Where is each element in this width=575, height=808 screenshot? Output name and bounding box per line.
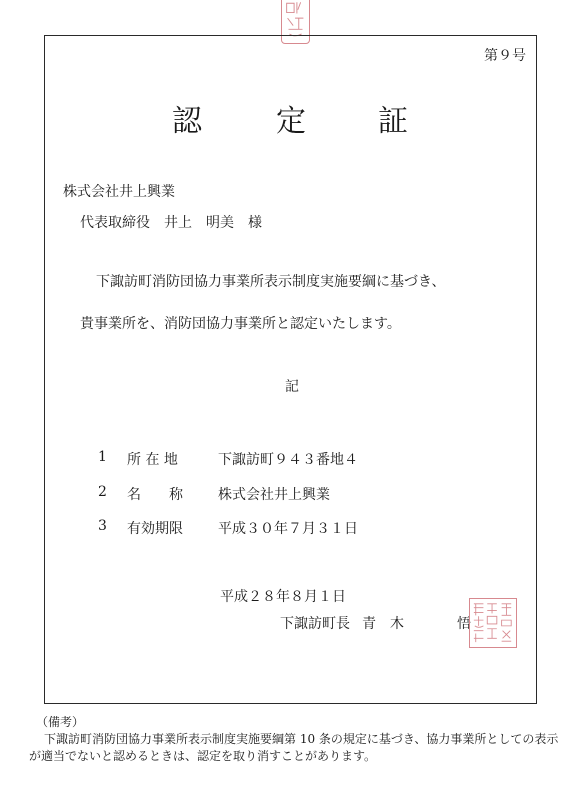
item-value: 株式会社井上興業 <box>218 484 330 504</box>
issue-date: 平成２８年８月１日 <box>220 586 346 606</box>
certificate-number: 第９号 <box>484 45 526 65</box>
title-char-3: 証 <box>378 96 408 140</box>
issuer-title: 下諏訪町長 <box>280 613 350 633</box>
item-value: 平成３０年７月３１日 <box>218 518 358 538</box>
body-line-2: 貴事業所を、消防団協力事業所と認定いたします。 <box>80 313 401 333</box>
remarks-heading: （備考） <box>36 713 84 730</box>
item-label: 名 称 <box>127 484 183 504</box>
item-value: 下諏訪町９４３番地４ <box>218 449 358 469</box>
recipient-company: 株式会社井上興業 <box>63 181 175 201</box>
remarks-line-1: 下諏訪町消防団協力事業所表示制度実施要綱第 10 条の規定に基づき、協力事業所と… <box>44 730 558 747</box>
seal-glyph-icon <box>470 599 516 647</box>
item-label: 有効期限 <box>127 518 183 538</box>
item-number: 2 <box>98 484 107 500</box>
ki-label: 記 <box>285 376 299 396</box>
body-line-1: 下諏訪町消防団協力事業所表示制度実施要綱に基づき、 <box>96 271 445 291</box>
recipient-representative: 代表取締役 井上 明美 様 <box>80 212 262 232</box>
official-seal-mayor <box>469 598 517 648</box>
remarks-line-2: が適当でないと認めるときは、認定を取り消すことがあります。 <box>29 747 376 764</box>
item-label: 所 在 地 <box>127 449 178 469</box>
title-char-1: 認 <box>172 96 202 140</box>
issuer-surname: 青 木 <box>362 613 404 633</box>
item-number: 1 <box>98 449 107 465</box>
title-char-2: 定 <box>276 96 306 140</box>
item-number: 3 <box>98 518 107 534</box>
